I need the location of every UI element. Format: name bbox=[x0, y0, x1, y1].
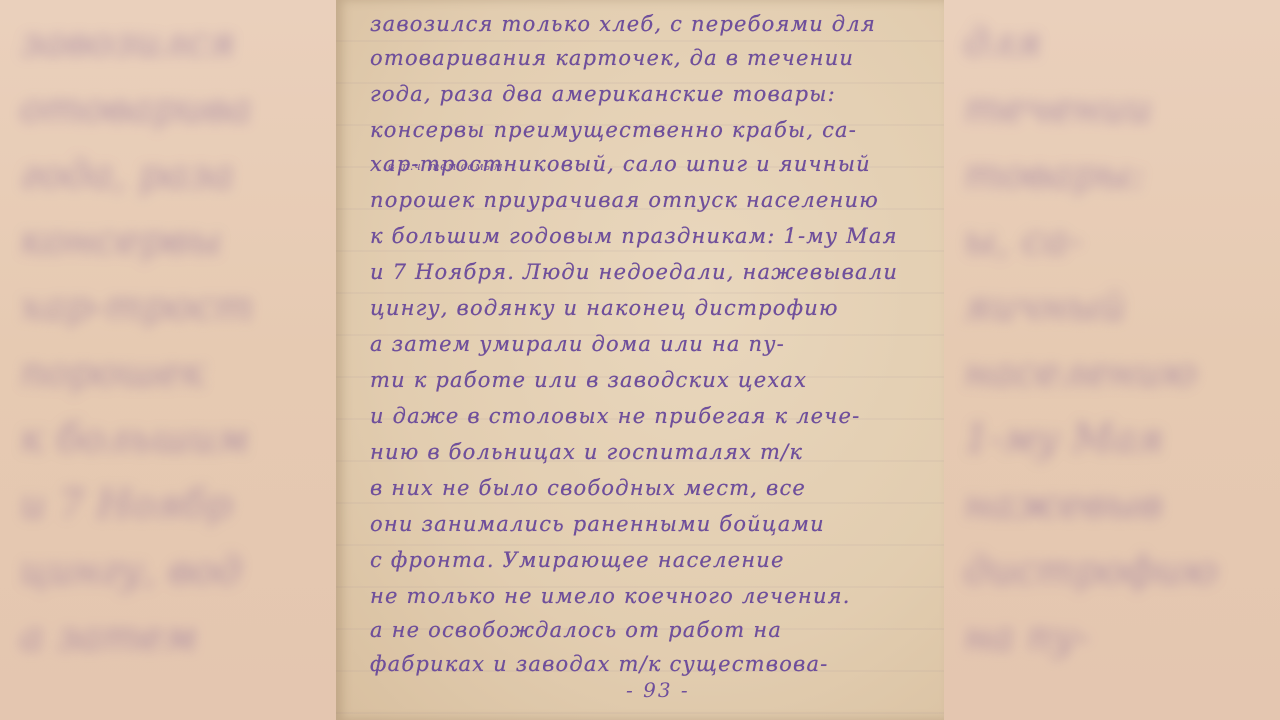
blurred-line: товары: bbox=[964, 142, 1260, 208]
blurred-line: хар-трост bbox=[20, 274, 316, 340]
blurred-line: для bbox=[964, 10, 1260, 76]
blurred-background-left: завозился отоварива года, раза консервы … bbox=[0, 0, 336, 720]
blurred-line: консервы bbox=[20, 208, 316, 274]
manuscript-line: консервы преимущественно крабы, са- bbox=[370, 118, 924, 142]
blurred-line: нажевыв bbox=[964, 472, 1260, 538]
blurred-line: течении bbox=[964, 76, 1260, 142]
blurred-line: года, раза bbox=[20, 142, 316, 208]
manuscript-line: года, раза два американские товары: bbox=[370, 82, 924, 106]
blurred-text-right: для течении товары: ы, са- яичный населе… bbox=[944, 0, 1280, 720]
manuscript-line: а затем умирали дома или на пу- bbox=[370, 332, 924, 356]
manuscript-page: завозился только хлеб, с перебоями для о… bbox=[336, 0, 944, 720]
blurred-line: отоварива bbox=[20, 76, 316, 142]
manuscript-line: не только не имело коечного лечения. bbox=[370, 584, 924, 608]
manuscript-line: а не освобождалось от работ на bbox=[370, 618, 924, 642]
blurred-line: 1-му Мая bbox=[964, 406, 1260, 472]
blurred-line: цингу, вод bbox=[20, 538, 316, 604]
blurred-line: порошек bbox=[20, 340, 316, 406]
blurred-line: яичный bbox=[964, 274, 1260, 340]
manuscript-line: и даже в столовых не прибегая к лече- bbox=[370, 404, 924, 428]
manuscript-line: цингу, водянку и наконец дистрофию bbox=[370, 296, 924, 320]
blurred-text-left: завозился отоварива года, раза консервы … bbox=[0, 0, 336, 720]
manuscript-line: завозился только хлеб, с перебоями для bbox=[370, 12, 924, 36]
blurred-background-right: для течении товары: ы, са- яичный населе… bbox=[944, 0, 1280, 720]
manuscript-line: в них не было свободных мест, все bbox=[370, 476, 924, 500]
manuscript-line: они занимались раненными бойцами bbox=[370, 512, 924, 536]
manuscript-line: и 7 Ноября. Люди недоедали, нажевывали bbox=[370, 260, 924, 284]
blurred-line: дистрофию bbox=[964, 538, 1260, 604]
blurred-line: а затем bbox=[20, 604, 316, 670]
manuscript-line: к большим годовым праздникам: 1-му Мая bbox=[370, 224, 924, 248]
blurred-line: к большим bbox=[20, 406, 316, 472]
blurred-line: завозился bbox=[20, 10, 316, 76]
manuscript-line: ти к работе или в заводских цехах bbox=[370, 368, 924, 392]
blurred-line: на пу- bbox=[964, 604, 1260, 670]
manuscript-line: отоваривания карточек, да в течении bbox=[370, 46, 924, 70]
manuscript-line: нию в больницах и госпиталях т/к bbox=[370, 440, 924, 464]
blurred-line: населению bbox=[964, 340, 1260, 406]
manuscript-line: с фронта. Умирающее население bbox=[370, 548, 924, 572]
interlinear-insertion: в т.ч. тем самым bbox=[388, 160, 503, 173]
page-number: - 93 - bbox=[626, 678, 690, 702]
blurred-line: ы, са- bbox=[964, 208, 1260, 274]
blurred-line: и 7 Ноябр bbox=[20, 472, 316, 538]
manuscript-line: порошек приурачивая отпуск населению bbox=[370, 188, 924, 212]
manuscript-line: фабриках и заводах т/к существова- bbox=[370, 652, 924, 676]
